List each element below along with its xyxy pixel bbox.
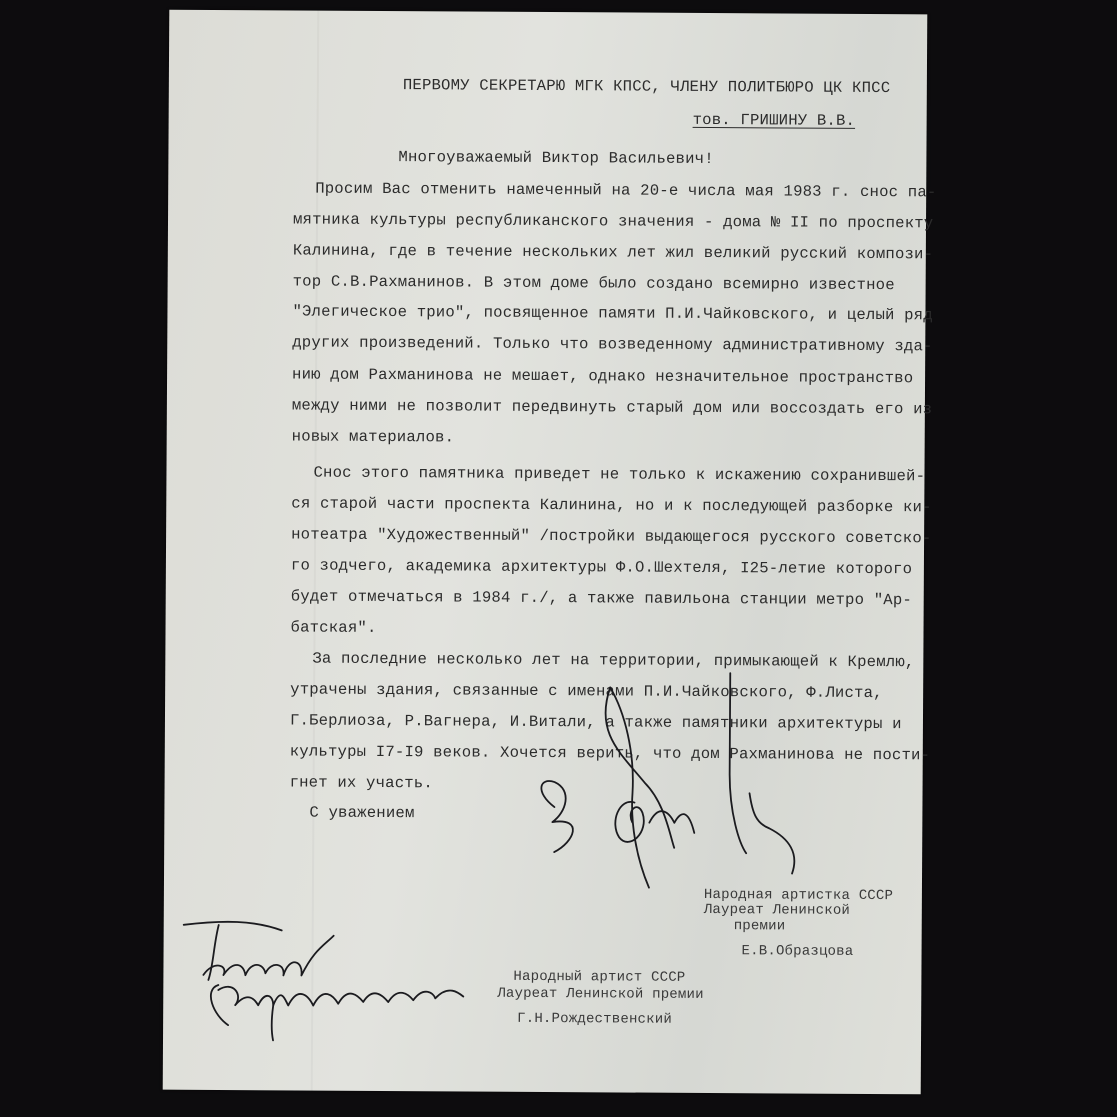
- paragraph-line: будет отмечаться в 1984 г./, а также пав…: [291, 589, 912, 608]
- paragraph-line: "Элегическое трио", посвященное памяти П…: [292, 304, 932, 324]
- signatory-2-title-2: Лауреат Ленинской премии: [497, 987, 704, 1002]
- signatory-2-name: Г.Н.Рождественский: [517, 1012, 672, 1027]
- paragraph-2: Снос этого памятника приведет не только …: [169, 10, 927, 15]
- paragraph-line: новых материалов.: [292, 429, 455, 446]
- signatory-1-title-3: премии: [734, 919, 786, 933]
- paragraph-line: между ними не позволит передвинуть стары…: [292, 398, 932, 418]
- paragraph-line: гнет их участь.: [290, 775, 433, 791]
- signatory-1-title-2: Лауреат Ленинской: [704, 903, 850, 918]
- paragraph-line: батская".: [290, 620, 376, 636]
- signatory-1-title-1: Народная артистка СССР: [704, 888, 893, 903]
- signature-rozhdestvensky-icon: [173, 905, 514, 1047]
- paragraph-line: тор С.В.Рахманинов. В этом доме было соз…: [293, 274, 895, 293]
- signatory-1-name: Е.В.Образцова: [742, 944, 854, 959]
- paragraph-line: Снос этого памятника приведет не только …: [313, 466, 925, 485]
- salutation: Многоуважаемый Виктор Васильевич!: [398, 150, 714, 168]
- paragraph-line: мятника культуры республиканского значен…: [293, 212, 933, 232]
- paragraph-line: го зодчего, академика архитектуры Ф.О.Ше…: [291, 558, 912, 577]
- addressee-line-2: тов. ГРИШИНУ В.В.: [693, 113, 856, 130]
- paragraph-line: нию дом Рахманинова не мешает, однако не…: [292, 367, 913, 386]
- paragraph-line: нотеатра "Художественный" /постройки выд…: [291, 527, 931, 547]
- paragraph-line: других произведений. Только что возведен…: [292, 335, 932, 355]
- letter-sheet: ПЕРВОМУ СЕКРЕТАРЮ МГК КПСС, ЧЛЕНУ ПОЛИТБ…: [163, 10, 928, 1095]
- paragraph-1: Просим Вас отменить намеченный на 20-е ч…: [169, 10, 927, 15]
- paragraph-line: За последние несколько лет на территории…: [312, 652, 914, 671]
- closing: С уважением: [309, 806, 414, 822]
- signature-obraztsova-icon: [524, 672, 825, 894]
- addressee-line-1: ПЕРВОМУ СЕКРЕТАРЮ МГК КПСС, ЧЛЕНУ ПОЛИТБ…: [403, 78, 891, 97]
- paragraph-3: За последние несколько лет на территории…: [169, 10, 927, 15]
- paragraph-line: Просим Вас отменить намеченный на 20-е ч…: [315, 182, 936, 201]
- paragraph-line: ся старой части проспекта Калинина, но и…: [291, 496, 931, 516]
- paragraph-line: Калинина, где в течение нескольких лет ж…: [293, 243, 933, 263]
- signatory-2-title-1: Народный артист СССР: [513, 970, 685, 985]
